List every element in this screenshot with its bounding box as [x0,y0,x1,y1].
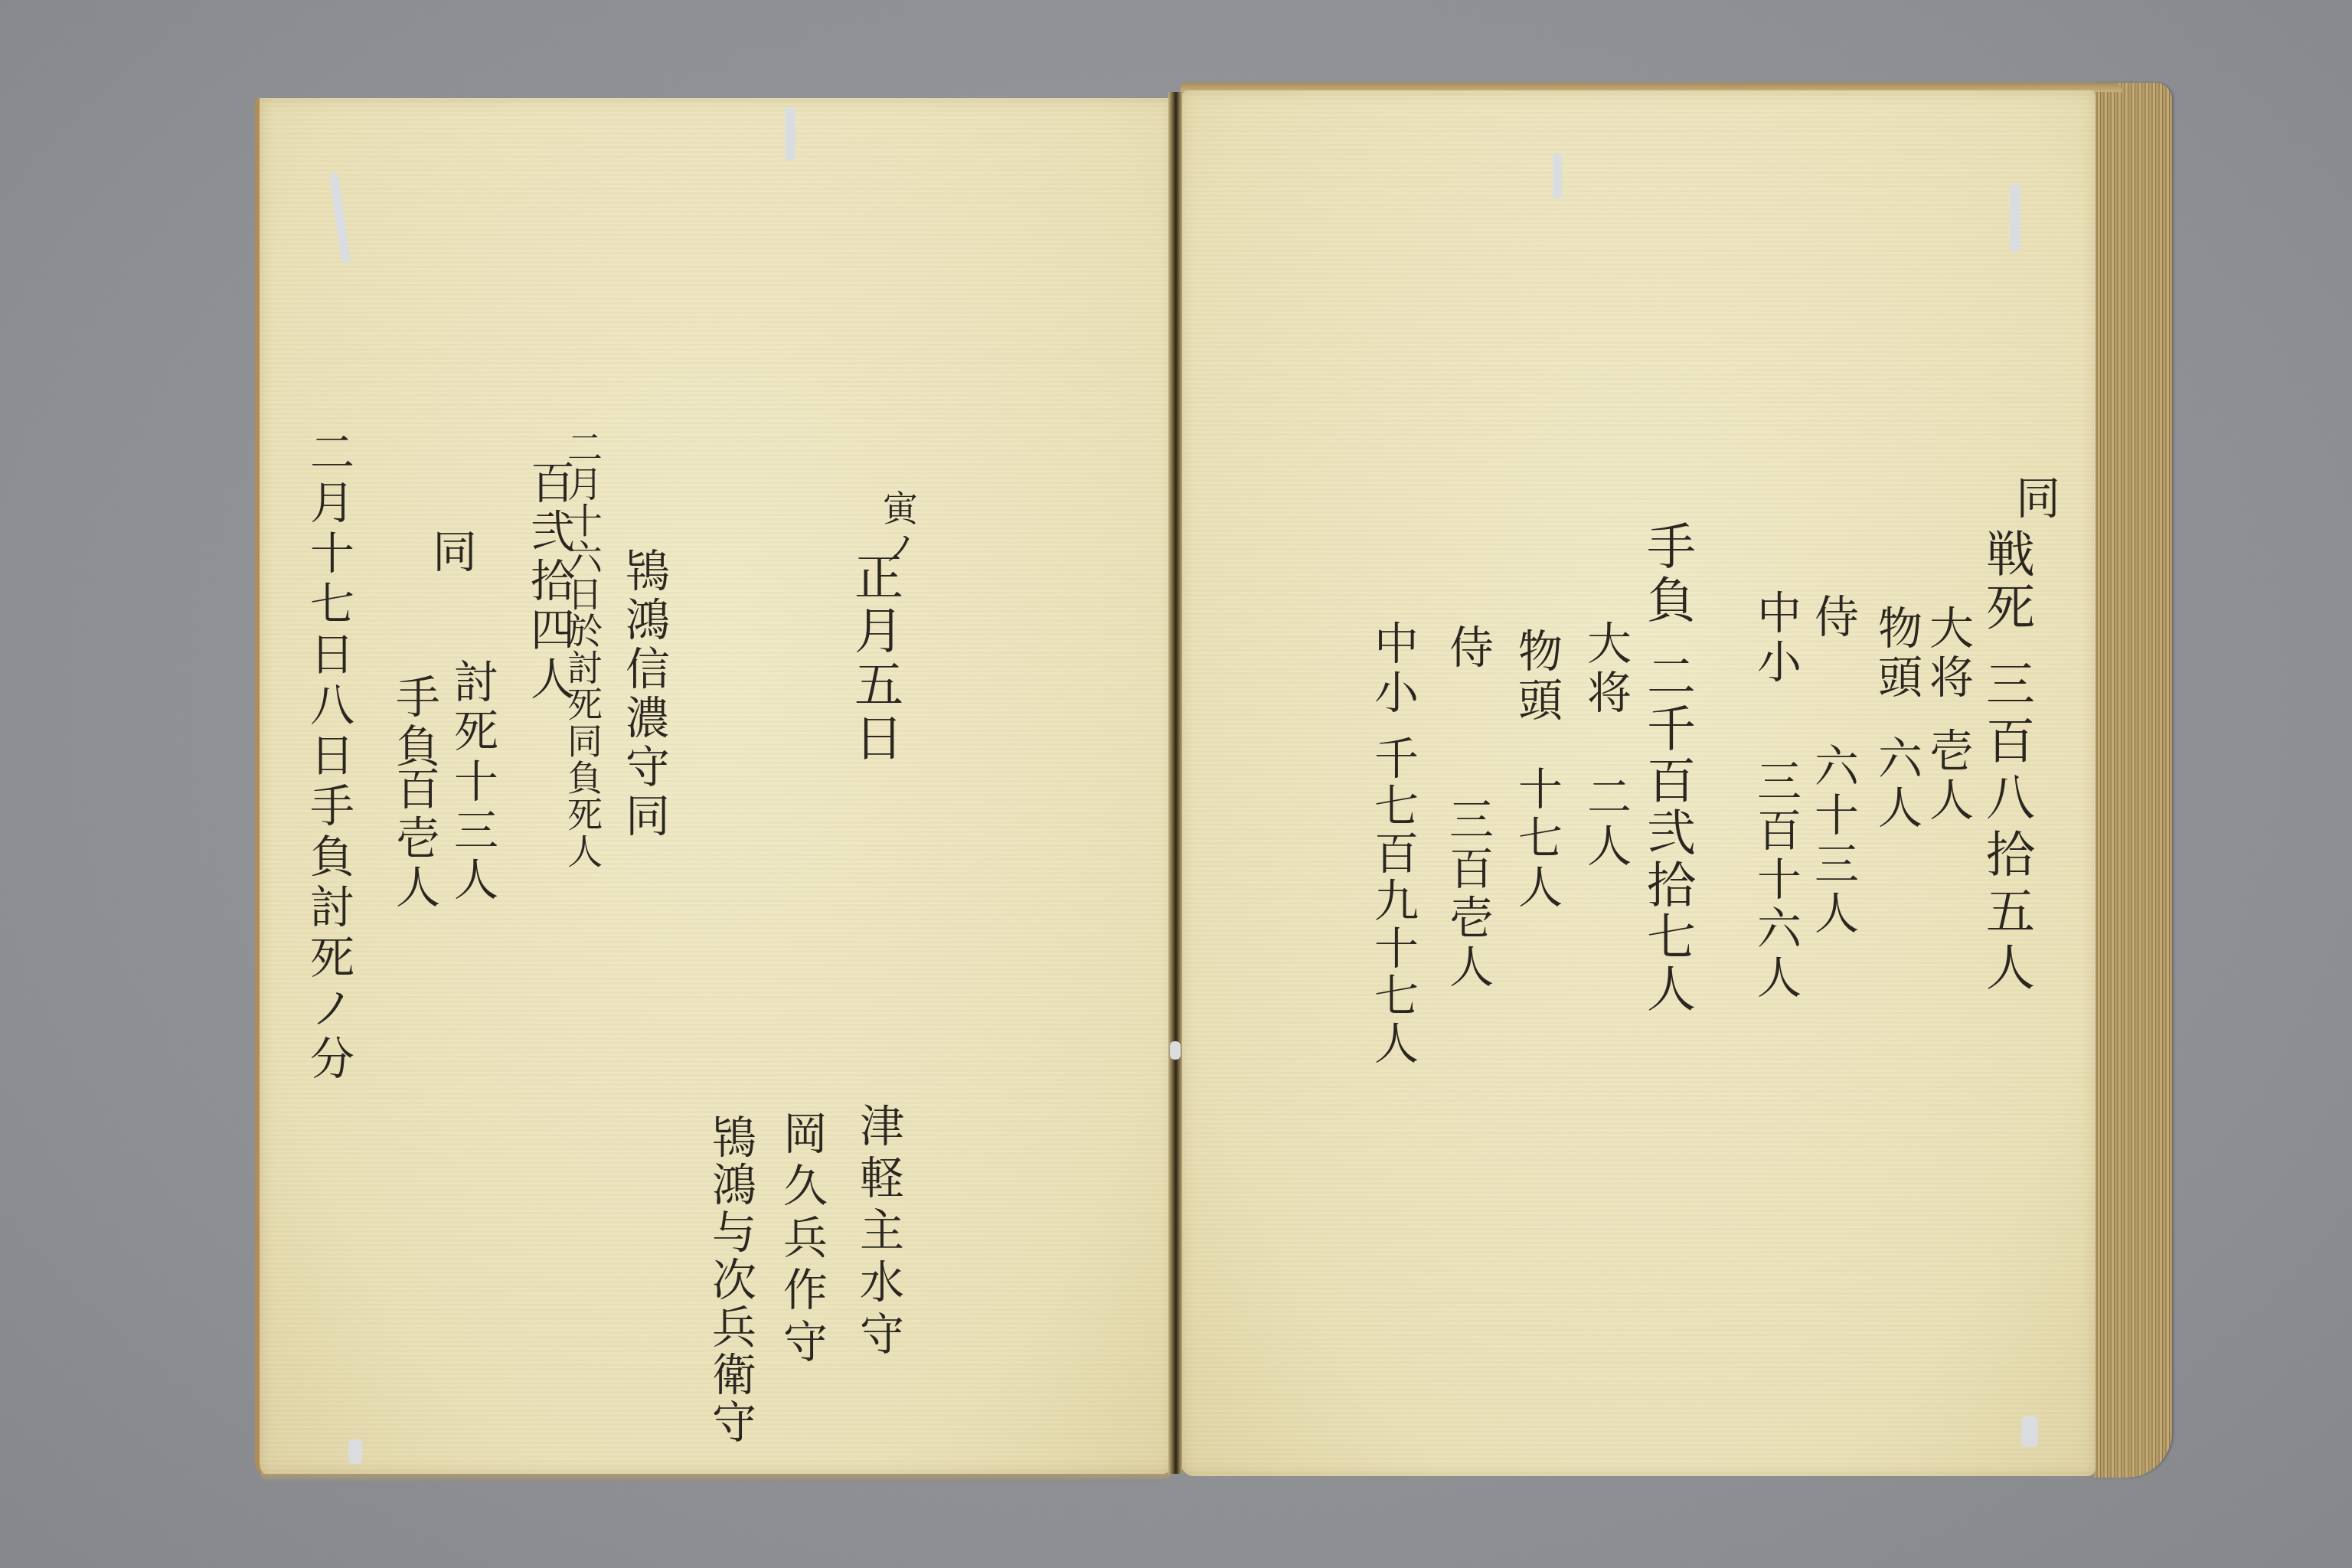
wounded-label: 手負 [1642,521,1691,628]
wormhole-mark [2010,184,2020,253]
killed-label: 戦死 [1981,528,2030,635]
killed-officers-label: 物頭 [1874,605,1919,703]
same-mark: 同 [2012,475,2056,524]
wormhole-mark [2021,1416,2038,1447]
wormhole-mark [1553,153,1562,199]
wounded-samurai-value: 三百壱人 [1445,796,1490,992]
killed-samurai-value: 六十三人 [1811,743,1855,939]
wormhole-mark [348,1439,362,1464]
killed-samurai-label: 侍 [1811,593,1855,642]
date-heading: 正月五日 [850,551,899,766]
wounded-lower-value: 千七百九十七人 [1370,735,1415,1067]
wormhole-mark [785,107,795,161]
signature-3: 鴇鴻与次兵衛守 [708,1114,753,1446]
killed-general-value: 壱人 [1926,727,1970,825]
book-gutter [1168,92,1182,1474]
page-stack-edge [2094,83,2172,1478]
killed-general-label: 大将 [1926,605,1970,703]
entry1-line2: 百弐拾四人 [527,459,571,704]
entry2-killed-label: 討死 [450,658,495,756]
wounded-total: 二千百弐拾七人 [1642,651,1691,1015]
entry2-wounded-label: 手負 [392,674,436,772]
open-book: 寅ノ 正月五日 鴇鴻信濃守同 二月十六日於討死同負死人 百弐拾四人 同 討死 十… [0,0,2352,1568]
killed-lower-label: 中小 [1753,590,1798,688]
killed-officers-value: 六人 [1874,735,1919,833]
wounded-general-value: 二人 [1583,773,1628,871]
signature-2: 岡久兵作守 [779,1110,824,1370]
wounded-general-label: 大将 [1583,620,1628,718]
entry1-title: 鴇鴻信濃守同 [622,547,666,841]
entry2-killed-value: 十三人 [450,758,495,905]
wounded-samurai-label: 侍 [1445,624,1490,673]
killed-lower-value: 三百十六人 [1753,758,1798,1003]
signature-1: 津軽主水守 [856,1102,900,1363]
entry2-wounded-value: 百壱人 [392,766,436,913]
wounded-officers-value: 十七人 [1514,766,1559,913]
wormhole-mark [1170,1041,1181,1060]
entry2-same-mark: 同 [429,528,473,577]
wounded-officers-label: 物頭 [1514,628,1559,726]
killed-total: 三百八拾五人 [1981,658,2030,998]
entry3: 二月十七日八日手負討死ノ分 [306,429,351,1086]
wounded-lower-label: 中小 [1370,620,1415,718]
